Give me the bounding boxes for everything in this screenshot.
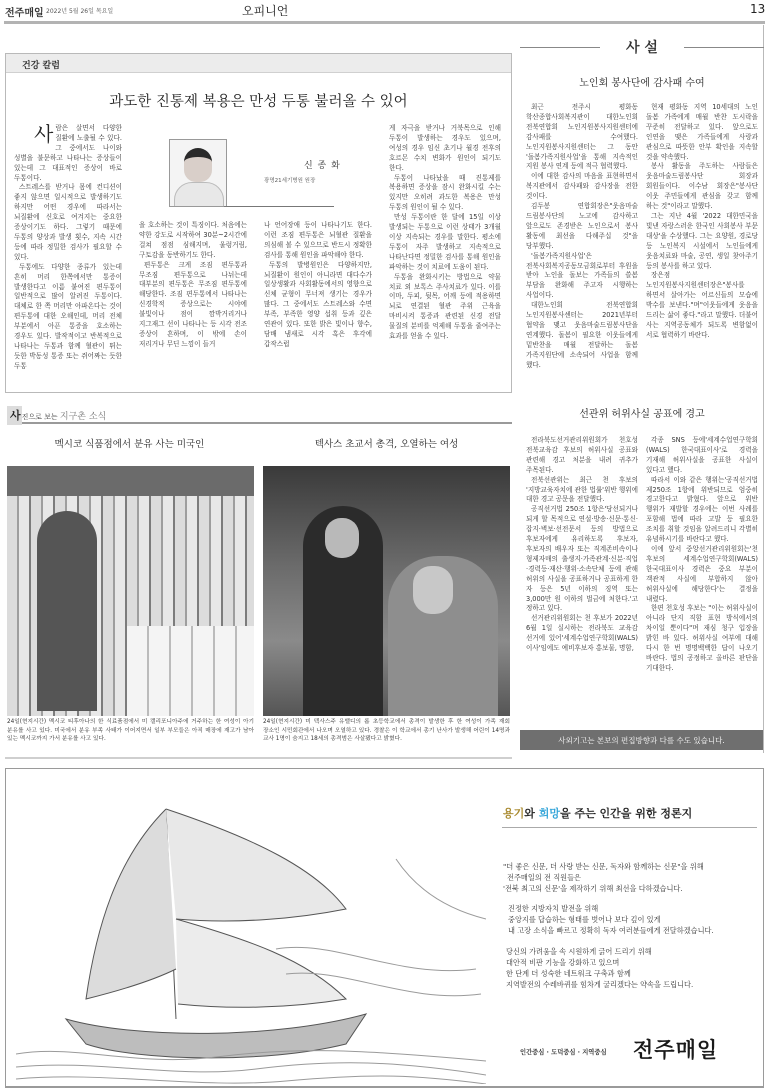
paragraph: 두통이 나타났을 때 진통제를 복용하면 증상을 잠시 완화시킬 수는 있지만 … (389, 174, 501, 214)
editorial-label: 사 설 (600, 37, 684, 57)
paragraph: 나 언어장애 등이 나타나기도 한다. 이런 조짐 편두통은 뇌혈관 질환을 의… (264, 221, 372, 261)
column-body-col4: 게 자극을 받거나 거북목으로 인해 두통이 발생하는 경우도 있으며, 여성의… (389, 124, 501, 386)
ad-line: '전북 최고의 신문'을 제작하기 위해 최선을 다하겠습니다. (503, 883, 704, 894)
section-title: 오피니언 (242, 2, 288, 19)
editorial1-col1: 최근 전주시 평화동 학산종합사회복지관이 대한노인회 전북연합회 노인지원봉사… (526, 103, 638, 383)
paragraph: 게 자극을 받거나 거북목으로 인해 두통이 발생하는 경우도 있으며, 여성의… (389, 124, 501, 174)
photo1-caption: 24일(현지시간) 멕시코 티후아나의 한 식료품점에서 미 캘리포니아주에 거… (7, 718, 254, 744)
paragraph: 김두봉 연합회장은"웃음마술 드림봉사단의 노고에 감사하고 앞으로도 존경받은… (526, 202, 638, 252)
paragraph: 람은 살면서 다양한 질환에 노출될 수 있다. 그 중에서도 나이와 성별을 … (14, 124, 122, 183)
ad-line: 전주매일의 전 직원들은 (503, 872, 704, 883)
editorial-section: 사 설 노인회 봉사단에 감사패 수여 최근 전주시 평화동 학산종합사회복지관… (520, 25, 764, 753)
slogan-text: 을 주는 인간을 위한 정론지 (560, 807, 692, 820)
section-divider (5, 757, 512, 759)
ad-motto: 인간중심 · 도덕중심 · 지역중심 (520, 1047, 607, 1056)
disclaimer-text: 사외기고는 본보의 편집방향과 다를 수도 있습니다. (520, 735, 763, 746)
slogan-underline (502, 827, 757, 828)
paragraph: 을 호소하는 것이 특징이다. 처음에는 약한 강도로 시작하여 30분~2시간… (139, 221, 247, 261)
header-brand: 전주매일 (5, 4, 44, 19)
photo1-image (7, 466, 254, 716)
paragraph: 두통에도 다양한 종류가 있는데 흔히 머리 한쪽에서만 통증이 발생한다고 이… (14, 263, 122, 372)
photo2-image (263, 466, 510, 716)
paragraph: 최근 전주시 평화동 학산종합사회복지관이 대한노인회 전북연합회 노인지원봉사… (526, 103, 638, 172)
paragraph: 그는 지난 4월 '2022 대한민국을 빛낸 자랑스러운 한국인 사회봉사 부… (646, 212, 758, 271)
ad-line: 중앙지를 답습하는 형태를 벗어나 보다 깊이 있게 (508, 914, 714, 925)
ad-line: 내 고장 소식을 빠르고 정확히 독자 여러분들에게 전달하겠습니다. (508, 925, 714, 936)
paragraph: 대한노인회 전북연합회 노인지원봉사센터는 2021년부터 협약을 맺고 웃음마… (526, 301, 638, 370)
label-first-char: 사 (7, 406, 22, 425)
ad-line: 대안적 비판 기능을 강화하고 있으며 (506, 957, 693, 968)
product-boxes (127, 626, 254, 716)
ad-paragraph-3: 당신의 가려움을 속 시원하게 긁어 드리기 위해 대안적 비판 기능을 강화하… (506, 946, 693, 990)
ad-brand-logo: 전주매일 (633, 1034, 718, 1064)
author-photo (169, 139, 227, 207)
column-headline: 과도한 진통제 복용은 만성 두통 불러올 수 있어 (6, 90, 511, 111)
paragraph: 공직선거법 250조 1항은'당선되거나 되게 할 목적으로 연설·방송·신문·… (526, 505, 638, 614)
author-divider (224, 206, 334, 207)
header-rule (4, 21, 765, 24)
editorial1-col2: 현재 평화동 지역 10세대의 노인 돌봄 가족에게 매월 반찬 도시락을 꾸준… (646, 103, 758, 383)
author-title: 광명21세기병원 원장 (264, 176, 315, 184)
page-number: 13 (750, 2, 765, 16)
photo1-headline: 멕시코 식품점에서 분유 사는 미국인 (7, 436, 252, 450)
paragraph: 이에 앞서 중앙선거관리위원회는'천 후보의 세계수업연구학회(WALS) 한국… (646, 545, 758, 604)
paragraph: 현재 평화동 지역 10세대의 노인 돌봄 가족에게 매월 반찬 도시락을 꾸준… (646, 103, 758, 162)
paragraph: 전라북도선거관리위원회가 천호성 전북교육감 후보의 허위사실 공표와 관련해 … (526, 436, 638, 476)
author-name: 신 종 화 (304, 158, 341, 171)
column-body-col2: 을 호소하는 것이 특징이다. 처음에는 약한 강도로 시작하여 30분~2시간… (139, 221, 247, 386)
ad-line: 한 단계 더 성숙한 네트워크 구축과 함께 (506, 968, 693, 979)
paragraph: 두통을 완화시키는 방법으로 약물 치료 외 보톡스 주사치료가 있다. 이를 … (389, 273, 501, 342)
editorial2-col2: 각종 SNS 등에'세계수업연구학회(WALS) 한국대표이사'로 경력을 기재… (646, 436, 758, 726)
ad-line: 당신의 가려움을 속 시원하게 긁어 드리기 위해 (506, 946, 693, 957)
editorial2-col1: 전라북도선거관리위원회가 천호성 전북교육감 후보의 허위사실 공표와 관련해 … (526, 436, 638, 726)
page-header: 전주매일 2022년 5월 26일 목요일 오피니언 13 (0, 0, 768, 24)
paragraph: 스트레스를 받거나 몸에 컨디션이 좋지 않으면 일시적으로 발생하기도 하지만… (14, 183, 122, 262)
drop-cap: 사 (34, 124, 53, 144)
ad-line: 진정한 지방자치 발전을 위해 (508, 903, 714, 914)
ad-paragraph-1: "더 좋은 신문, 더 사랑 받는 신문, 독자와 함께하는 신문"을 위해 전… (503, 861, 704, 894)
paragraph: 봉사 활동을 주도하는 사람들은 웃음마술드림봉사단 회장과 회원들이다. 이수… (646, 162, 758, 212)
shelf-band (7, 466, 254, 496)
column-body-col3: 나 언어장애 등이 나타나기도 한다. 이런 조짐 편두통은 뇌혈관 질환을 의… (264, 221, 372, 386)
paragraph: 각종 SNS 등에'세계수업연구학회(WALS) 한국대표이사'로 경력을 기재… (646, 436, 758, 476)
shopper-figure (37, 511, 97, 711)
column-label: 건강 칼럼 (22, 58, 60, 71)
photo2-caption: 24일(현지시간) 미 텍사스주 유밸디의 롭 초등학교에서 총격이 발생한 후… (263, 718, 510, 744)
column-body-col1: 사 람은 살면서 다양한 질환에 노출될 수 있다. 그 중에서도 나이와 성별… (14, 124, 122, 386)
label-end: 지구촌 소식 (60, 412, 106, 422)
label-mid: 진으로 보는 (22, 413, 60, 421)
photo-news-label: 사진으로 보는 지구촌 소식 (7, 404, 512, 424)
paragraph: 선거관리위원회는 천 후보가 2022년 6월 1일 실시하는 전라북도 교육감… (526, 614, 638, 654)
slogan-text: 와 (524, 807, 538, 820)
ad-paragraph-2: 진정한 지방자치 발전을 위해 중앙지를 답습하는 형태를 벗어나 보다 깊이 … (508, 903, 714, 936)
author-body (174, 182, 224, 207)
slogan-hope: 희망 (539, 807, 560, 820)
paragraph: 따라서 이와 같은 행위는'공직선거법 제250조 1항에 위반되므로 엄중히 … (646, 476, 758, 545)
photo2-headline: 텍사스 초교서 총격, 오열하는 여성 (263, 436, 510, 450)
ad-banner: 용기와 희망을 주는 인간을 위한 정론지 "더 좋은 신문, 더 사랑 받는 … (5, 768, 764, 1088)
paragraph: '돌봄가족지원사업'은 전북사회복지공동모금회로부터 후원을 받아 노인을 돌보… (526, 252, 638, 302)
editorial2-headline: 선관위 허위사실 공표에 경고 (520, 405, 764, 420)
slogan-courage: 용기 (503, 807, 524, 820)
officer-face (325, 518, 359, 558)
paragraph: 한편 천호성 후보는 "이는 허위사실이 아니라 단지 직함 표현 방식에서의 … (646, 604, 758, 673)
paragraph: 만성 두통이란 한 달에 15일 이상 발생되는 두통으로 이런 상태가 3개월… (389, 213, 501, 272)
woman-face (413, 566, 453, 614)
paragraph: 전북선관위는 최근 천 후보의 '지방교육자치에 관한 법률'위반 행위에 대한… (526, 476, 638, 506)
editorial1-headline: 노인회 봉사단에 감사패 수여 (520, 74, 764, 89)
health-column: 건강 칼럼 과도한 진통제 복용은 만성 두통 불러올 수 있어 사 람은 살면… (5, 53, 512, 393)
column-label-bar: 건강 칼럼 (6, 54, 511, 73)
paragraph: 두통의 발병원인은 다양하지만, 뇌질환이 원인이 아니라면 대다수가 일상생활… (264, 261, 372, 350)
author-face (184, 148, 212, 182)
photo-news-section: 사진으로 보는 지구촌 소식 멕시코 식품점에서 분유 사는 미국인 24일(현… (5, 404, 512, 754)
paragraph: 편두통은 크게 조짐 편두통과 무조짐 편두통으로 나뉘는데 대부분의 편두통은… (139, 261, 247, 350)
paragraph: 장은점 노인지원봉사지원센터장은"봉사를 하면서 살아가는 어르신들의 모습에 … (646, 271, 758, 340)
ship-illustration-icon (16, 799, 486, 1084)
ad-slogan: 용기와 희망을 주는 인간을 위한 정론지 (503, 805, 692, 821)
paragraph: 이에 대한 감사의 마음을 표현하면서 복지관에서 감사패와 감사장을 전한 것… (526, 172, 638, 202)
ad-line: 지역발전의 수레바퀴를 힘차게 굴리겠다는 약속을 드립니다. (506, 979, 693, 990)
disclaimer-bar: 사외기고는 본보의 편집방향과 다를 수도 있습니다. (520, 730, 763, 750)
ad-line: "더 좋은 신문, 더 사랑 받는 신문, 독자와 함께하는 신문"을 위해 (503, 861, 704, 872)
header-date: 2022년 5월 26일 목요일 (46, 6, 113, 15)
